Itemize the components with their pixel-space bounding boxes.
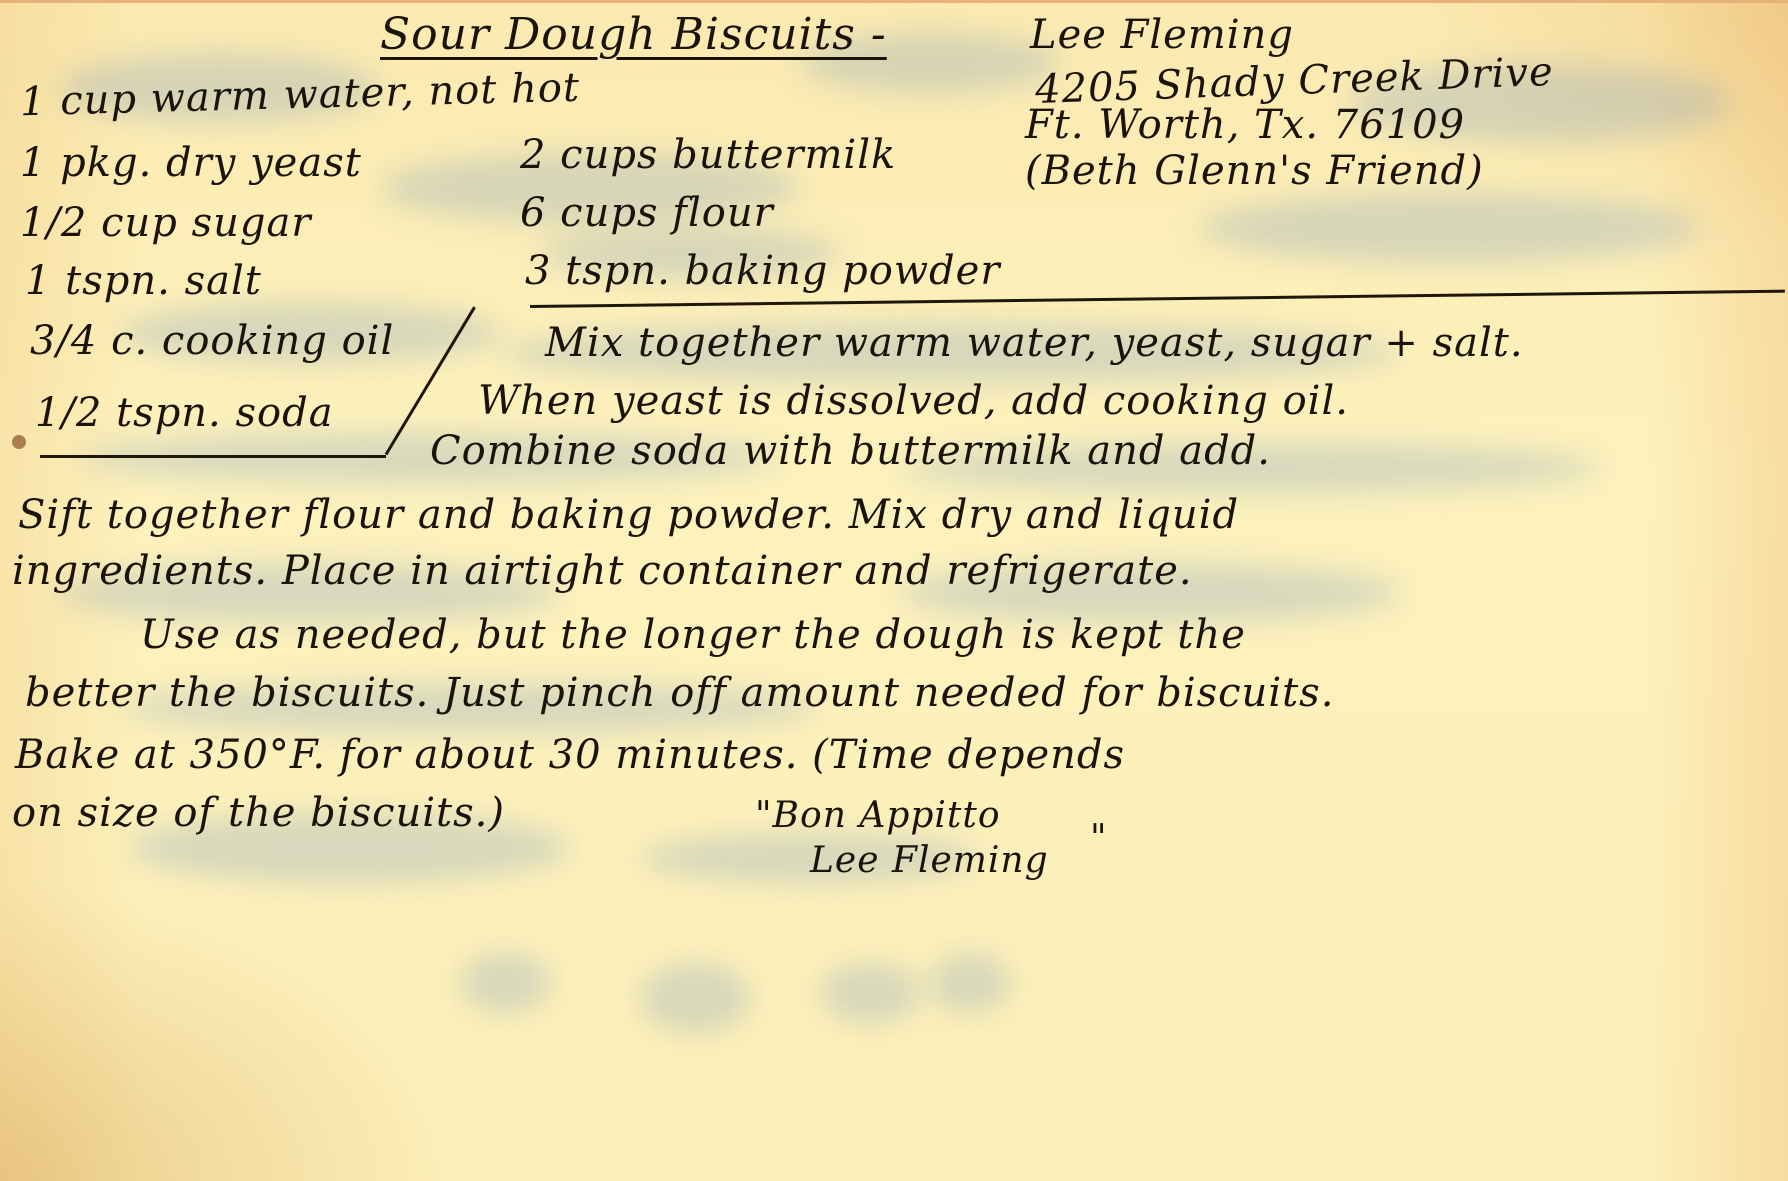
ingredient-item: 1/2 cup sugar bbox=[20, 203, 311, 243]
ingredient-item: 1 tspn. salt bbox=[25, 261, 262, 301]
ink-bleed-smudge bbox=[820, 963, 920, 1023]
ingredient-item: 1 pkg. dry yeast bbox=[20, 143, 362, 183]
direction-line: ingredients. Place in airtight container… bbox=[12, 551, 1193, 591]
divider-line-lower bbox=[40, 455, 386, 458]
ingredient-item: 6 cups flour bbox=[520, 193, 774, 233]
ink-bleed-smudge bbox=[1200, 193, 1700, 263]
ingredient-item: 1/2 tspn. soda bbox=[35, 393, 334, 433]
direction-line: When yeast is dissolved, add cooking oil… bbox=[478, 381, 1349, 421]
ingredient-item: 2 cups buttermilk bbox=[520, 135, 896, 175]
recipe-title: Sour Dough Biscuits - bbox=[380, 13, 887, 57]
ingredient-item: 3/4 c. cooking oil bbox=[30, 321, 394, 361]
stain-dot bbox=[12, 435, 26, 449]
ink-bleed-smudge bbox=[930, 953, 1010, 1013]
signoff-greeting: "Bon Appitto bbox=[755, 798, 1001, 834]
direction-line: Mix together warm water, yeast, sugar + … bbox=[545, 323, 1524, 363]
signoff-signature: Lee Fleming bbox=[810, 843, 1049, 879]
author-note: (Beth Glenn's Friend) bbox=[1025, 151, 1484, 191]
signoff-close-quote: " bbox=[1090, 821, 1108, 857]
direction-line: better the biscuits. Just pinch off amou… bbox=[25, 673, 1334, 713]
recipe-card: Sour Dough Biscuits - Lee Fleming 4205 S… bbox=[0, 0, 1788, 1181]
direction-line: Sift together flour and baking powder. M… bbox=[18, 495, 1239, 535]
ingredient-item: 3 tspn. baking powder bbox=[525, 251, 1000, 291]
direction-line: Bake at 350°F. for about 30 minutes. (Ti… bbox=[15, 735, 1125, 775]
direction-line: Combine soda with buttermilk and add. bbox=[430, 431, 1271, 471]
ink-bleed-smudge bbox=[460, 953, 550, 1013]
author-name: Lee Fleming bbox=[1030, 15, 1294, 55]
author-city: Ft. Worth, Tx. 76109 bbox=[1025, 105, 1465, 145]
direction-line: on size of the biscuits.) bbox=[12, 793, 505, 833]
ink-bleed-smudge bbox=[640, 963, 750, 1033]
direction-line: Use as needed, but the longer the dough … bbox=[140, 615, 1246, 655]
